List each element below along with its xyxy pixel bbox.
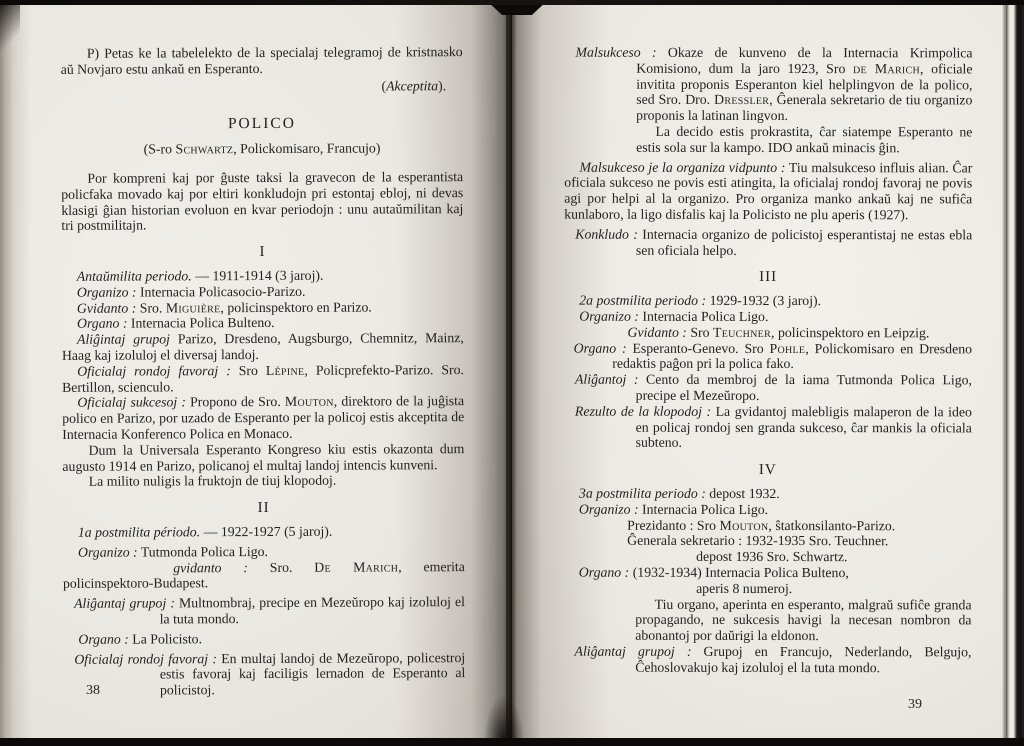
paragraph: Aliĝantaj grupoj : Grupoj en Francujo, N… bbox=[563, 644, 971, 676]
corner-shadow bbox=[0, 0, 20, 52]
paragraph: Oficialaj rondoj favoraj : En multaj lan… bbox=[63, 650, 465, 699]
book-photo: P) Petas ke la tabelelekto de la special… bbox=[0, 0, 1024, 746]
paragraph: Gvidanto : Sro. Miguière, policinspektor… bbox=[62, 299, 464, 317]
left-page-text: P) Petas ke la tabelelekto de la special… bbox=[61, 44, 466, 699]
text-run: 3a postmilita periodo : bbox=[579, 486, 706, 501]
text-run: Oficialaj sukcesoj : bbox=[77, 395, 186, 410]
text-run: Gvidanto : bbox=[628, 325, 687, 340]
paragraph: Organo : (1932-1934) Internacia Polica B… bbox=[564, 565, 972, 582]
section-title: POLICO bbox=[61, 116, 463, 134]
text-run: La Policisto. bbox=[129, 631, 202, 646]
paragraph: Organizo : Internacia Policasocio-Parizo… bbox=[62, 283, 464, 301]
text-run: Organo : bbox=[574, 340, 627, 355]
text-run: Sro bbox=[687, 325, 713, 340]
text-run: Multnombraj, precipe en Mezeŭropo kaj iz… bbox=[160, 594, 465, 626]
top-edge bbox=[0, 0, 1024, 5]
text-run: Sro. bbox=[136, 300, 166, 315]
text-run: I bbox=[259, 244, 265, 260]
text-run: Dum la Universala Esperanto Kongreso kiu… bbox=[62, 441, 464, 474]
text-run: Prezidanto : Sro bbox=[627, 517, 719, 532]
text-run: Organo : bbox=[579, 565, 629, 580]
paragraph: Oficialaj sukcesoj : Propono de Sro. Mou… bbox=[62, 393, 464, 442]
text-run: II bbox=[258, 500, 270, 516]
paragraph: depost 1936 Sro. Schwartz. bbox=[564, 549, 972, 566]
text-run: Internacia Polica Ligo. bbox=[639, 309, 769, 324]
paragraph: Oficialaj rondoj favoraj : Sro Lépine, P… bbox=[62, 362, 464, 395]
text-run: gvidanto : bbox=[173, 560, 248, 575]
section-numeral: I bbox=[61, 244, 463, 262]
paragraph: La milito nuligis la fruktojn de tiuj kl… bbox=[62, 472, 464, 490]
bottom-edge bbox=[0, 738, 1024, 746]
person-name: Miguière bbox=[166, 300, 221, 315]
paragraph: aperis 8 numeroj. bbox=[564, 580, 972, 597]
text-run: Akceptita bbox=[386, 78, 438, 93]
text-run: Konkludo : bbox=[575, 226, 638, 241]
paragraph: Ĝenerala sekretario : 1932-1935 Sro. Teu… bbox=[564, 533, 972, 550]
person-name: Pohle bbox=[769, 341, 805, 356]
page-edge-right bbox=[1002, 0, 1024, 746]
section-numeral: II bbox=[63, 500, 465, 518]
text-run: 1a postmilita périodo. bbox=[78, 524, 200, 540]
paragraph: Dum la Universala Esperanto Kongreso kiu… bbox=[62, 441, 464, 474]
text-run: IV bbox=[759, 462, 777, 478]
text-run: Oficialaj rondoj favoraj : bbox=[77, 363, 231, 379]
paragraph: Organo : La Policisto. bbox=[63, 630, 465, 648]
text-run: , ŝtatkonsilanto-Parizo. bbox=[768, 518, 895, 533]
section-subtitle: (S-ro Schwartz, Polickomisaro, Francujo) bbox=[61, 140, 463, 158]
text-run: Ĝenerala sekretario : 1932-1935 Sro. Teu… bbox=[627, 533, 888, 548]
text-run: , policinspektoro en Leipzig. bbox=[771, 325, 929, 340]
person-name: de Marich bbox=[853, 61, 920, 76]
text-run: Organizo : bbox=[78, 544, 138, 559]
text-run: depost 1932. bbox=[706, 486, 780, 501]
text-run: Aliĝintaj grupoj bbox=[77, 332, 170, 347]
right-page-text: Malsukceso : Okaze de kunveno de la Inte… bbox=[563, 45, 972, 676]
person-name: Dressler bbox=[714, 92, 769, 107]
text-run: Antaŭmilita periodo. bbox=[77, 268, 192, 284]
text-run: Aliĝantaj grupoj : bbox=[74, 595, 175, 610]
person-name: De Marich bbox=[314, 559, 398, 574]
text-run: Internacia Polica Ligo. bbox=[639, 501, 769, 516]
text-run: (S-ro bbox=[144, 142, 176, 157]
text-run: , policinspektoro en Parizo. bbox=[220, 299, 371, 315]
text-run: aperis 8 numeroj. bbox=[696, 581, 792, 596]
gutter-bottom-shadow bbox=[484, 696, 524, 742]
paragraph: La decido estis prokrastita, ĉar siatemp… bbox=[564, 124, 972, 156]
text-run: Internacia Polica Bulteno. bbox=[127, 315, 274, 331]
page-edge-left bbox=[0, 0, 13, 746]
paragraph: 2a postmilita periodo : 1929-1932 (3 jar… bbox=[564, 293, 972, 310]
text-run: ). bbox=[438, 78, 446, 93]
paragraph: Malsukceso je la organiza vidpunto : Tiu… bbox=[564, 159, 972, 223]
text-run: Sro. bbox=[248, 559, 314, 574]
text-run: 2a postmilita periodo : bbox=[579, 293, 706, 308]
paragraph: 1a postmilita périodo. — 1922-1927 (5 ja… bbox=[63, 523, 465, 541]
paragraph: Aliĝantoj : Cento da membroj de la iama … bbox=[564, 372, 972, 404]
paragraph: Organizo : Internacia Polica Ligo. bbox=[564, 309, 972, 326]
paragraph: Prezidanto : Sro Mouton, ŝtatkonsilanto-… bbox=[564, 517, 972, 534]
person-name: Teuchner bbox=[713, 325, 771, 340]
text-run: Organizo : bbox=[579, 309, 639, 324]
paragraph: P) Petas ke la tabelelekto de la special… bbox=[61, 44, 463, 77]
page-number-right: 39 bbox=[908, 697, 922, 713]
text-run: III bbox=[759, 269, 777, 285]
text-run: — 1911-1914 (3 jaroj). bbox=[192, 268, 324, 284]
paragraph: Konkludo : Internacia organizo de polici… bbox=[564, 226, 972, 258]
paragraph: Aliĝintaj grupoj Parizo, Dresdeno, Augsb… bbox=[62, 330, 464, 363]
paragraph: Organizo : Tutmonda Polica Ligo. bbox=[63, 543, 465, 561]
paragraph: Aliĝantaj grupoj : Multnombraj, precipe … bbox=[63, 594, 465, 627]
text-run: Malsukceso je la organiza vidpunto : bbox=[579, 159, 785, 174]
book-gutter bbox=[494, 0, 526, 746]
text-run: La decido estis prokrastita, ĉar siatemp… bbox=[636, 124, 972, 155]
paragraph: Gvidanto : Sro Teuchner, policinspektoro… bbox=[564, 324, 972, 341]
text-run: Aliĝantaj grupoj : bbox=[575, 644, 692, 659]
left-page: P) Petas ke la tabelelekto de la special… bbox=[6, 5, 506, 741]
text-run: Internacia organizo de policistoj espera… bbox=[636, 227, 972, 258]
section-numeral: IV bbox=[564, 463, 972, 480]
text-run: Aliĝantoj : bbox=[575, 372, 639, 387]
paragraph: Organo : Internacia Polica Bulteno. bbox=[62, 314, 464, 332]
section-numeral: III bbox=[564, 270, 972, 287]
text-run: P) Petas ke la tabelelekto de la special… bbox=[61, 44, 463, 77]
paragraph: Organo : Esperanto-Genevo. Sro Pohle, Po… bbox=[564, 340, 972, 372]
text-run: Internacia Policasocio-Parizo. bbox=[136, 284, 305, 300]
paragraph: Por kompreni kaj por ĝuste taksi la grav… bbox=[61, 169, 463, 234]
paragraph: gvidanto : Sro. De Marich, emerita polic… bbox=[63, 559, 465, 592]
text-run: — 1922-1927 (5 jaroj). bbox=[200, 524, 332, 540]
paragraph: 3a postmilita periodo : depost 1932. bbox=[564, 486, 972, 503]
text-run: depost 1936 Sro. Schwartz. bbox=[696, 549, 847, 564]
paragraph: Tiu organo, aperinta en esperanto, malgr… bbox=[564, 596, 972, 644]
person-name: Lépine bbox=[266, 363, 305, 378]
text-run: POLICO bbox=[228, 115, 296, 132]
paragraph: Malsukceso : Okaze de kunveno de la Inte… bbox=[564, 45, 972, 125]
text-run: (1932-1934) Internacia Polica Bulteno, bbox=[629, 565, 849, 580]
text-run: Tiu organo, aperinta en esperanto, malgr… bbox=[635, 596, 971, 643]
person-name: Schwartz bbox=[175, 141, 233, 156]
text-run: Sro bbox=[231, 363, 266, 378]
text-run: Tutmonda Polica Ligo. bbox=[138, 544, 268, 560]
text-run: Rezulto de la klopodoj : bbox=[575, 403, 711, 418]
text-run: Organizo : bbox=[579, 501, 639, 516]
paragraph: Antaŭmilita periodo. — 1911-1914 (3 jaro… bbox=[62, 267, 464, 285]
person-name: Mouton bbox=[720, 517, 769, 532]
page-number-left: 38 bbox=[86, 683, 100, 699]
text-run: Organo : bbox=[78, 631, 129, 646]
text-run: Por kompreni kaj por ĝuste taksi la grav… bbox=[61, 169, 463, 233]
text-run: Organo : bbox=[77, 316, 128, 331]
text-run: Malsukceso : bbox=[576, 45, 657, 60]
paragraph: (Akceptita). bbox=[61, 78, 463, 96]
paragraph: Rezulto de la klopodoj : La gvidantoj ma… bbox=[564, 403, 972, 451]
text-run: Gvidanto : bbox=[77, 300, 136, 315]
text-run: Cento da membroj de la iama Tutmonda Pol… bbox=[636, 372, 972, 403]
text-run: Organizo : bbox=[77, 284, 137, 299]
text-run: La milito nuligis la fruktojn de tiuj kl… bbox=[89, 473, 337, 489]
text-run: Propono de Sro. bbox=[186, 394, 285, 409]
person-name: Mouton bbox=[285, 394, 334, 409]
text-run: , Polickomisaro, Francujo) bbox=[233, 141, 380, 157]
right-page: Malsukceso : Okaze de kunveno de la Inte… bbox=[512, 5, 1006, 741]
text-run: Esperanto-Genevo. Sro bbox=[627, 340, 770, 355]
text-run: 1929-1932 (3 jaroj). bbox=[706, 293, 821, 308]
paragraph: Organizo : Internacia Polica Ligo. bbox=[564, 501, 972, 518]
text-run: Oficialaj rondoj favoraj : bbox=[74, 651, 217, 667]
